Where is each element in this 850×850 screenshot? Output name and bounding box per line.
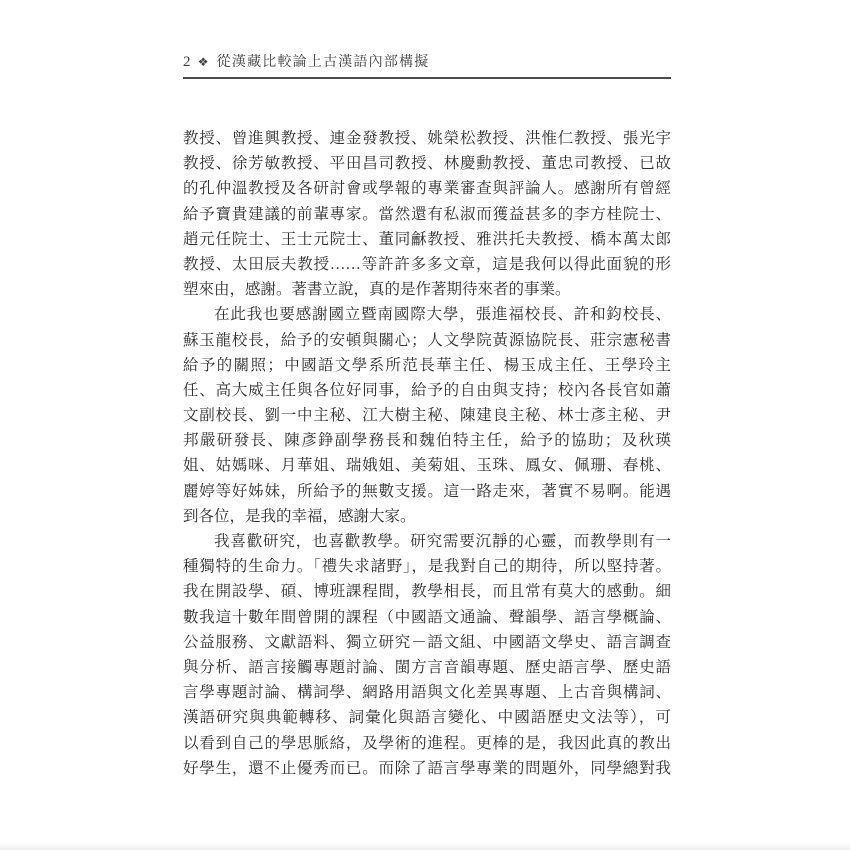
text-line: 塑來由，感謝。著書立說，真的是作著期待來者的事業。	[183, 277, 671, 302]
text-line: 以看到自己的學思脈絡，及學術的進程。更棒的是，我因此真的教出	[183, 731, 671, 756]
text-line: 到各位，是我的幸福，感謝大家。	[183, 504, 671, 529]
book-page: 2❖從漢藏比較論上古漢語內部構擬 教授、曾進興教授、連金發教授、姚榮松教授、洪惟…	[0, 0, 850, 850]
page-bottom-edge	[0, 842, 850, 850]
text-line: 文副校長、劉一中主秘、江大樹主秘、陳建良主秘、林士彥主秘、尹	[183, 403, 671, 428]
text-line: 教授、曾進興教授、連金發教授、姚榮松教授、洪惟仁教授、張光宇	[183, 126, 671, 151]
running-header: 2❖從漢藏比較論上古漢語內部構擬	[183, 51, 671, 79]
text-line: 麗婷等好姊妹，所給予的無數支援。這一路走來，著實不易啊。能遇	[183, 479, 671, 504]
text-line: 給予寶貴建議的前輩專家。當然還有私淑而獲益甚多的李方桂院士、	[183, 202, 671, 227]
text-line: 言學專題討論、構詞學、網路用語與文化差異專題、上古音與構詞、	[183, 680, 671, 705]
text-line: 漢語研究與典範轉移、詞彙化與語言變化、中國語歷史文法等），可	[183, 705, 671, 730]
text-line: 好學生，還不止優秀而已。而除了語言學專業的問題外，同學總對我	[183, 756, 671, 781]
text-line: 給予的關照；中國語文學系所范長華主任、楊玉成主任、王學玲主	[183, 353, 671, 378]
body-text-block: 教授、曾進興教授、連金發教授、姚榮松教授、洪惟仁教授、張光宇教授、徐芳敏教授、平…	[183, 126, 671, 781]
text-line: 教授、太田辰夫教授……等許許多多文章，這是我何以得此面貌的形	[183, 252, 671, 277]
text-line: 任、高大威主任與各位好同事，給予的自由與支持；校內各長官如蕭	[183, 378, 671, 403]
text-line: 數我這十數年間曾開的課程（中國語文通論、聲韻學、語言學概論、	[183, 605, 671, 630]
text-line: 公益服務、文獻語料、獨立研究－語文組、中國語文學史、語言調查	[183, 630, 671, 655]
diamond-ornament-icon: ❖	[198, 55, 210, 69]
text-line: 的孔仲溫教授及各研討會或學報的專業審查與評論人。感謝所有曾經	[183, 176, 671, 201]
text-line: 我在開設學、碩、博班課程間，教學相長，而且常有莫大的感動。細	[183, 579, 671, 604]
text-line: 在此我也要感謝國立暨南國際大學，張進福校長、許和鈞校長、	[183, 302, 671, 327]
text-line: 蘇玉龍校長，給予的安頓與關心；人文學院黃源協院長、莊宗憲秘書	[183, 328, 671, 353]
text-line: 邦嚴研發長、陳彥錚副學務長和魏伯特主任，給予的協助；及秋瑛	[183, 428, 671, 453]
text-line: 種獨特的生命力。「禮失求諸野」，是我對自己的期待，所以堅持著。	[183, 554, 671, 579]
text-line: 趙元任院士、王士元院士、董同龢教授、雅洪托夫教授、橋本萬太郎	[183, 227, 671, 252]
text-line: 教授、徐芳敏教授、平田昌司教授、林慶勳教授、董忠司教授、已故	[183, 151, 671, 176]
text-line: 我喜歡研究，也喜歡教學。研究需要沉靜的心靈，而教學則有一	[183, 529, 671, 554]
page-number: 2	[183, 54, 192, 70]
text-line: 姐、姑媽咪、月華姐、瑞娥姐、美菊姐、玉珠、鳳女、佩珊、春桃、	[183, 453, 671, 478]
text-line: 與分析、語言接觸專題討論、閩方言音韻專題、歷史語言學、歷史語	[183, 655, 671, 680]
running-title: 從漢藏比較論上古漢語內部構擬	[217, 55, 430, 70]
